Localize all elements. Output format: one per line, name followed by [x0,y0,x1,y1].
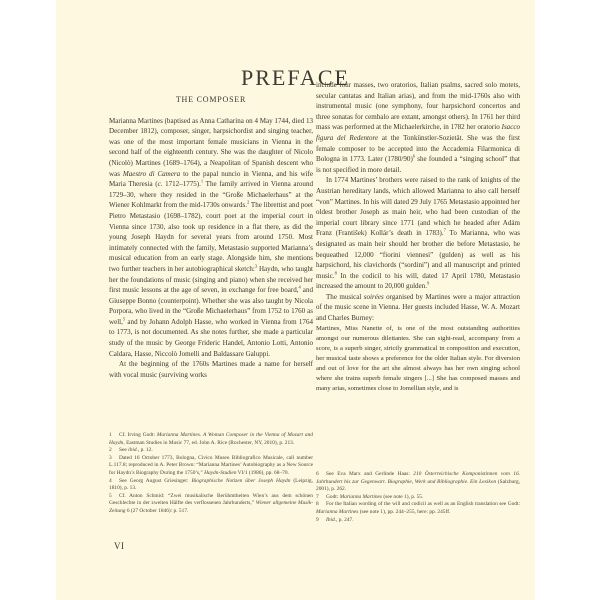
composer-paragraph-1: Marianna Martines (baptised as Anna Cath… [109,116,313,360]
section-heading: THE COMPOSER [109,95,313,106]
footnote: 5Cf. Anton Schmid: “Zwei musikalische Be… [109,493,313,516]
composer-paragraph-2: At the beginning of the 1760s Martines m… [109,359,313,380]
right-column: include four masses, two oratorios, Ital… [316,80,520,394]
page-number: VI [114,541,125,551]
block-quote: Martines, Miss Nanette of, is one of the… [316,324,520,394]
footnote: 9Ibid., p. 247. [316,517,520,525]
footnote: 6See Eva Marx and Gerlinde Haas: 210 Öst… [316,471,520,494]
works-paragraph: include four masses, two oratorios, Ital… [316,80,520,175]
footnotes-left: 1Cf. Irving Godt: Marianna Martines. A W… [109,432,313,516]
footnote: 8For the Italian wording of the will and… [316,501,520,516]
footnote-number: 8 [316,501,326,509]
left-column: THE COMPOSER Marianna Martines (baptised… [109,95,313,380]
inheritance-paragraph: In 1774 Martines’ brothers were raised t… [316,175,520,292]
footnote: 2See ibid., p. 12. [109,447,313,455]
footnotes-right: 6See Eva Marx and Gerlinde Haas: 210 Öst… [316,471,520,524]
document-page: PREFACE THE COMPOSER Marianna Martines (… [56,0,535,600]
footnote: 3Dated 16 October 1773, Bologna, Civico … [109,455,313,478]
footnote-number: 6 [316,471,326,479]
footnote: 4See Georg August Griesinger: Biographis… [109,478,313,493]
footnote: 1Cf. Irving Godt: Marianna Martines. A W… [109,432,313,447]
footnote-number: 9 [316,517,326,525]
footnote-ref: 9 [427,281,429,286]
footnote-number: 2 [109,447,119,455]
soirees-paragraph: The musical soirées organised by Martine… [316,292,520,324]
footnote-number: 1 [109,432,119,440]
footnote-number: 7 [316,494,326,502]
